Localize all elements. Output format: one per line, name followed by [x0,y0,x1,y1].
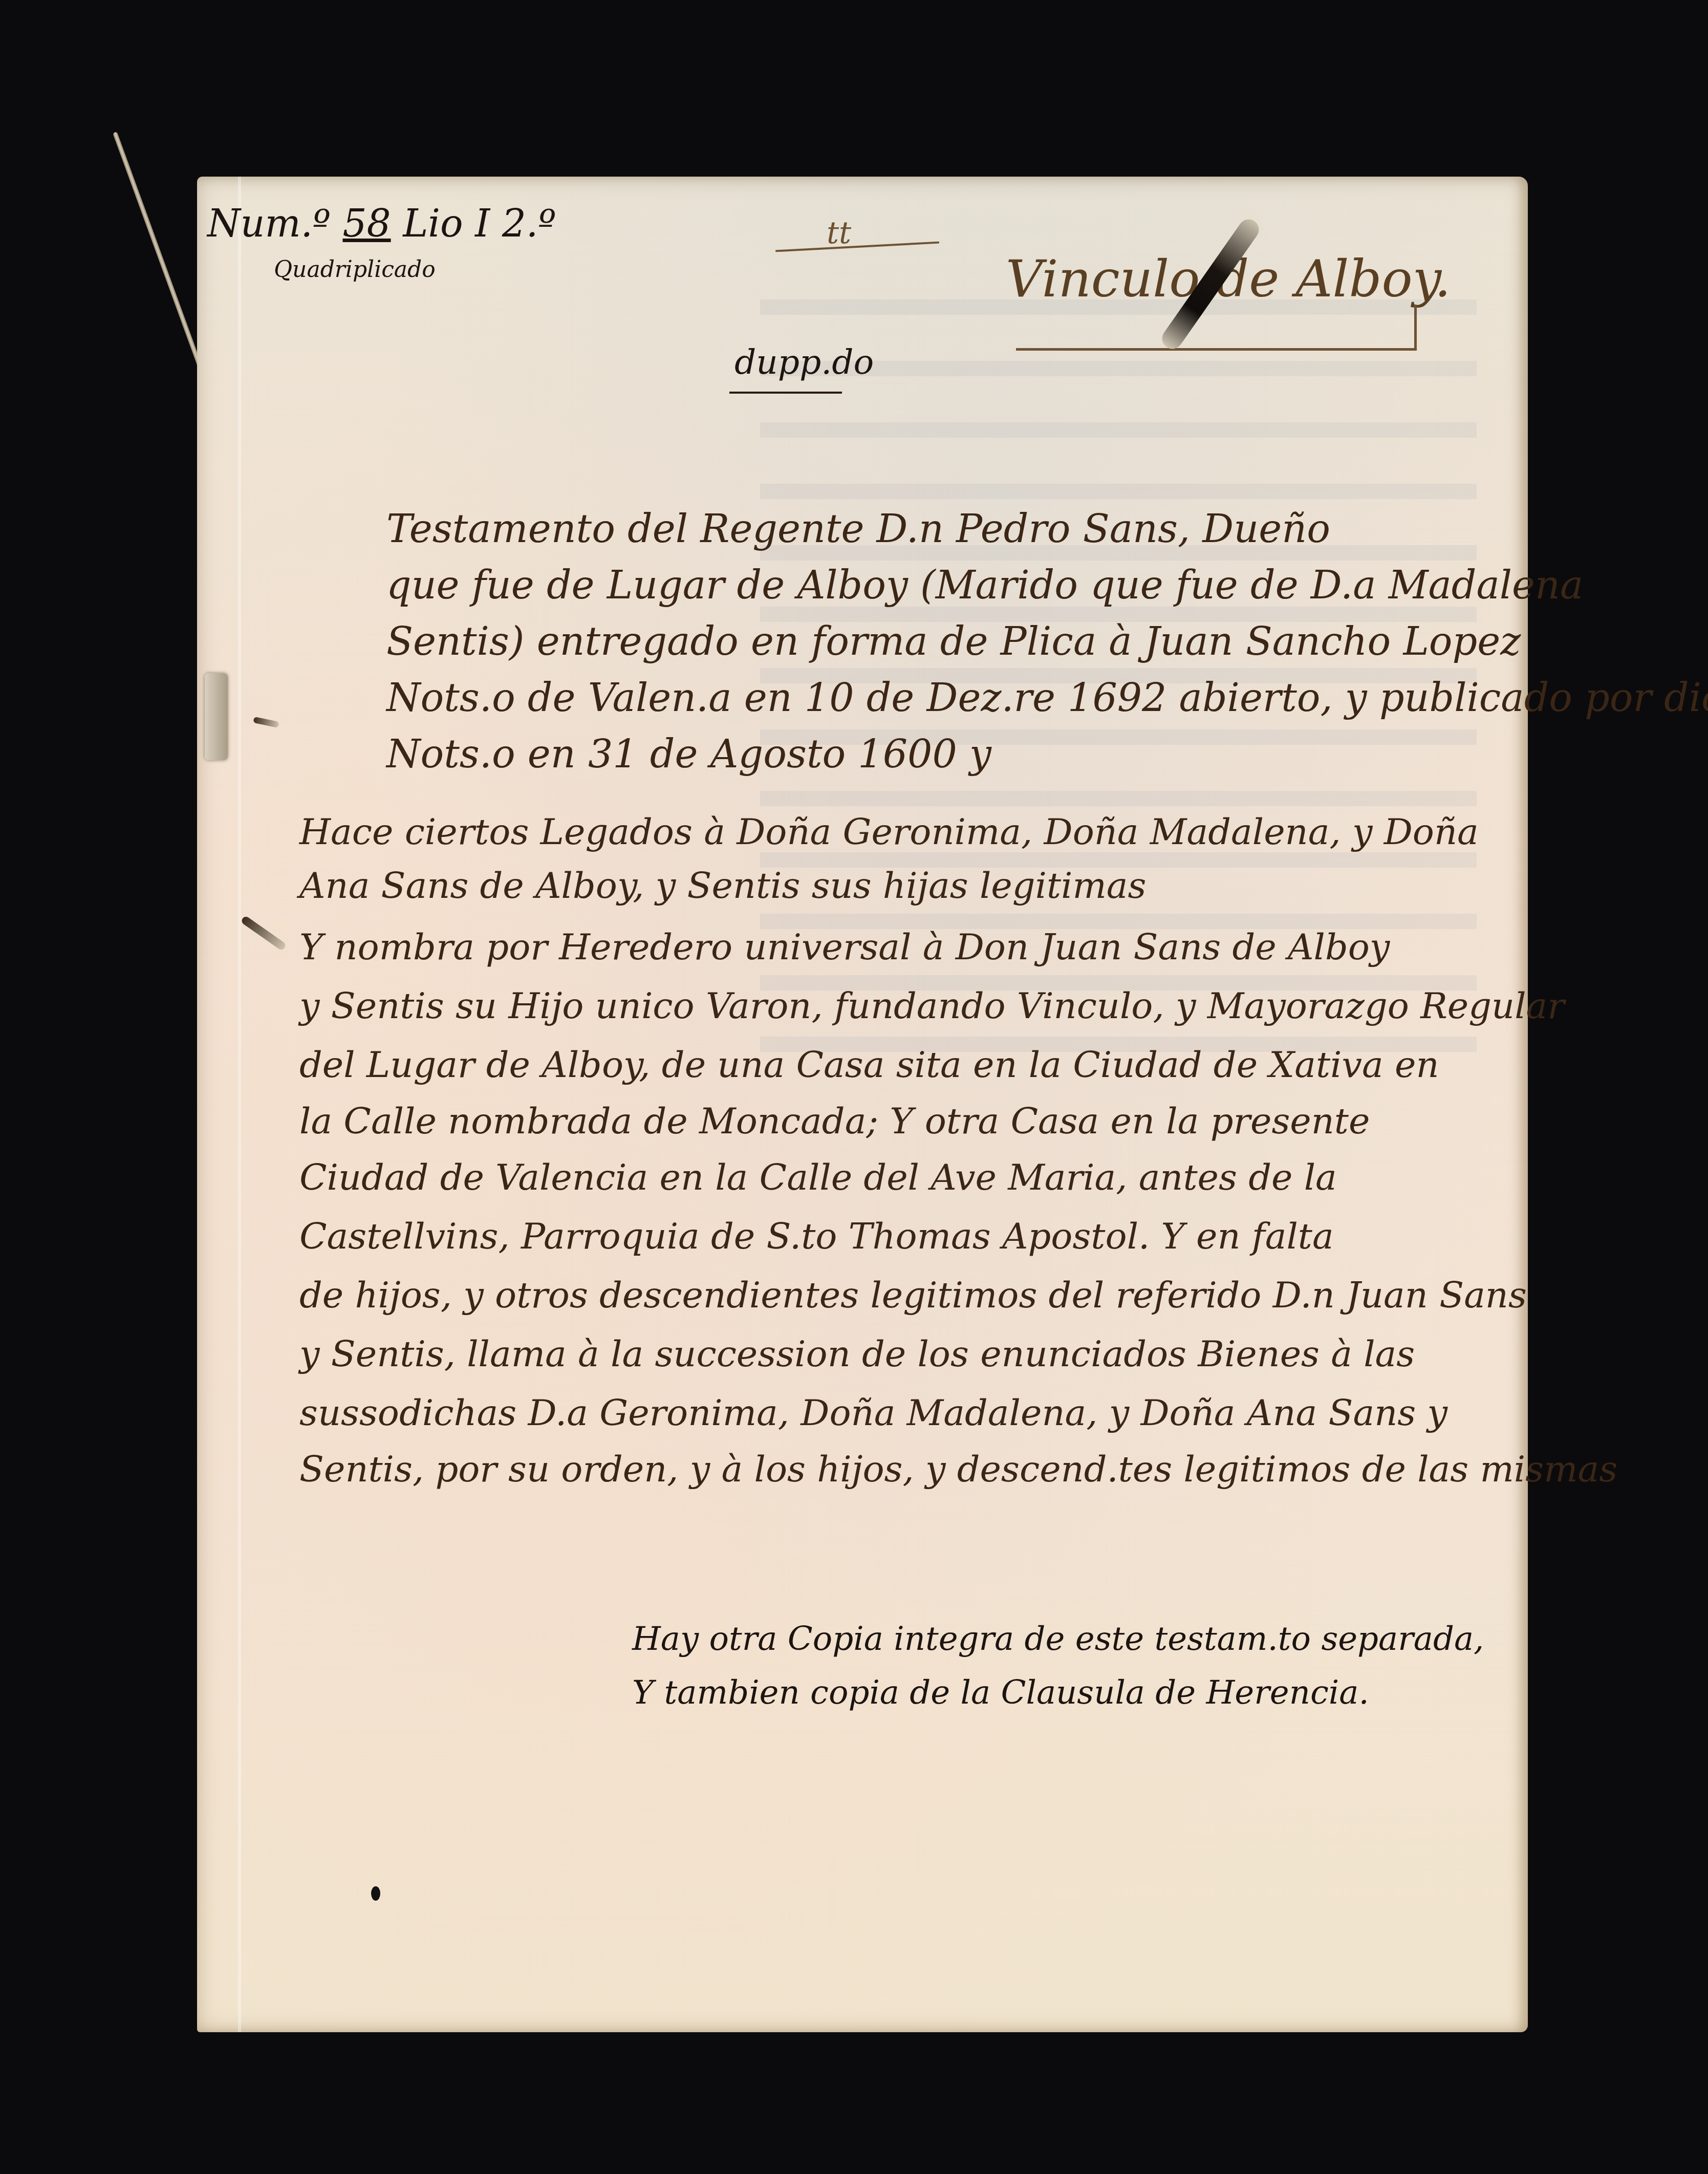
reference-number: Num.º 58 Lio I 2.º [207,205,556,243]
page-tear-mark [205,673,228,760]
body-line: Hace ciertos Legados à Doña Geronima, Do… [299,814,1479,850]
title-flourish [775,242,939,252]
heading-line: que fue de Lugar de Alboy (Marido que fu… [386,566,1583,605]
title-underline-hook [1414,305,1417,351]
duplicate-note: dupp.do [734,346,874,379]
body-line: Ciudad de Valencia en la Calle del Ave M… [299,1159,1337,1195]
body-line: la Calle nombrada de Moncada; Y otra Cas… [299,1103,1370,1139]
body-line: del Lugar de Alboy, de una Casa sita en … [299,1047,1439,1083]
heading-line: Sentis) entregado en forma de Plica à Ju… [386,622,1521,661]
note-line: Hay otra Copia integra de este testam.to… [632,1623,1484,1655]
body-line: Sentis, por su orden, y à los hijos, y d… [299,1451,1617,1487]
manuscript-page: Num.º 58 Lio I 2.º Quadriplicado tt Vinc… [197,177,1528,2032]
heading-line: Testamento del Regente D.n Pedro Sans, D… [386,509,1330,548]
title-underline [1016,348,1415,351]
body-line: sussodichas D.a Geronima, Doña Madalena,… [299,1395,1447,1431]
scan-stage: Num.º 58 Lio I 2.º Quadriplicado tt Vinc… [0,0,1708,2174]
title-mark: tt [827,218,851,248]
reference-number-value: 58 [342,202,391,246]
heading-line: Nots.o en 31 de Agosto 1600 y [386,735,991,773]
margin-ink-mark [253,717,279,728]
reference-prefix: Num.º [207,202,331,246]
body-line: y Sentis su Hijo unico Varon, fundando V… [299,988,1565,1024]
body-line: Y nombra por Heredero universal à Don Ju… [299,929,1390,965]
note-line: Y tambien copia de la Clausula de Herenc… [632,1676,1369,1709]
margin-ink-mark [240,915,287,951]
body-line: Ana Sans de Alboy, y Sentis sus hijas le… [299,868,1146,903]
body-line: de hijos, y otros descendientes legitimo… [299,1277,1527,1313]
body-line: y Sentis, llama à la succession de los e… [299,1336,1415,1372]
duplicate-underline [729,392,842,394]
copy-note: Quadriplicado [274,259,436,281]
heading-line: Nots.o de Valen.a en 10 de Dez.re 1692 a… [386,678,1708,717]
body-line: Castellvins, Parroquia de S.to Thomas Ap… [299,1218,1334,1254]
ink-dot [371,1886,380,1901]
reference-bundle: Lio I 2.º [403,202,556,246]
